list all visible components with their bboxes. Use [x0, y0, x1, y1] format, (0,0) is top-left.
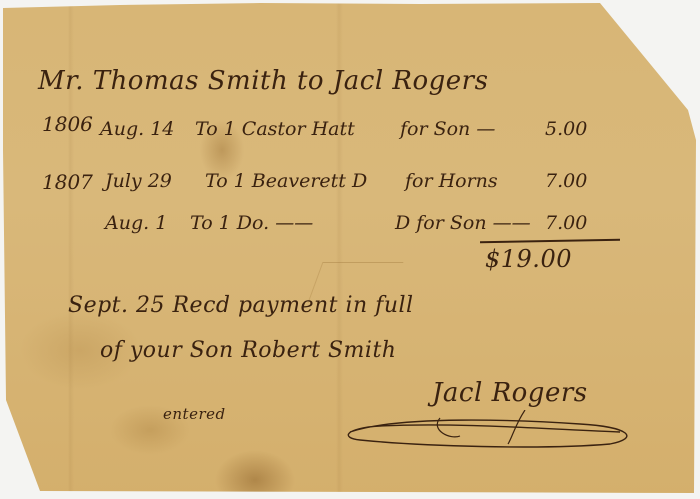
entry-item: To 1 Castor Hatt [195, 118, 355, 140]
entry-for: D for Son —— [395, 212, 531, 234]
paid-by-line: of your Son Robert Smith [100, 338, 396, 363]
ledger-entry-3: Aug. 1 To 1 Do. —— D for Son —— 7.00 [0, 212, 700, 242]
payment-received-line: Sept. 25 Recd payment in full [68, 293, 414, 318]
total-amount: $19.00 [485, 245, 572, 273]
signature-flourish [340, 410, 640, 450]
entry-amount: 5.00 [545, 118, 587, 140]
ledger-entry-1: 1806 Aug. 14 To 1 Castor Hatt for Son — … [0, 118, 700, 148]
ledger-entry-2: 1807 July 29 To 1 Beaverett D for Horns … [0, 170, 700, 200]
entry-year: 1806 [42, 112, 93, 136]
entry-year: 1807 [42, 170, 93, 194]
entry-item: To 1 Beaverett D [205, 170, 367, 192]
entry-item: To 1 Do. —— [190, 212, 313, 234]
signature: Jacl Rogers [432, 378, 588, 408]
entry-date: Aug. 14 [100, 118, 174, 140]
entry-amount: 7.00 [545, 212, 587, 234]
entry-date: Aug. 1 [105, 212, 167, 234]
header-line: Mr. Thomas Smith to Jacl Rogers [38, 66, 488, 96]
entry-for: for Horns [405, 170, 498, 192]
entered-annotation: entered [163, 405, 226, 423]
entry-for: for Son — [400, 118, 495, 140]
entry-amount: 7.00 [545, 170, 587, 192]
entry-date: July 29 [105, 170, 172, 192]
